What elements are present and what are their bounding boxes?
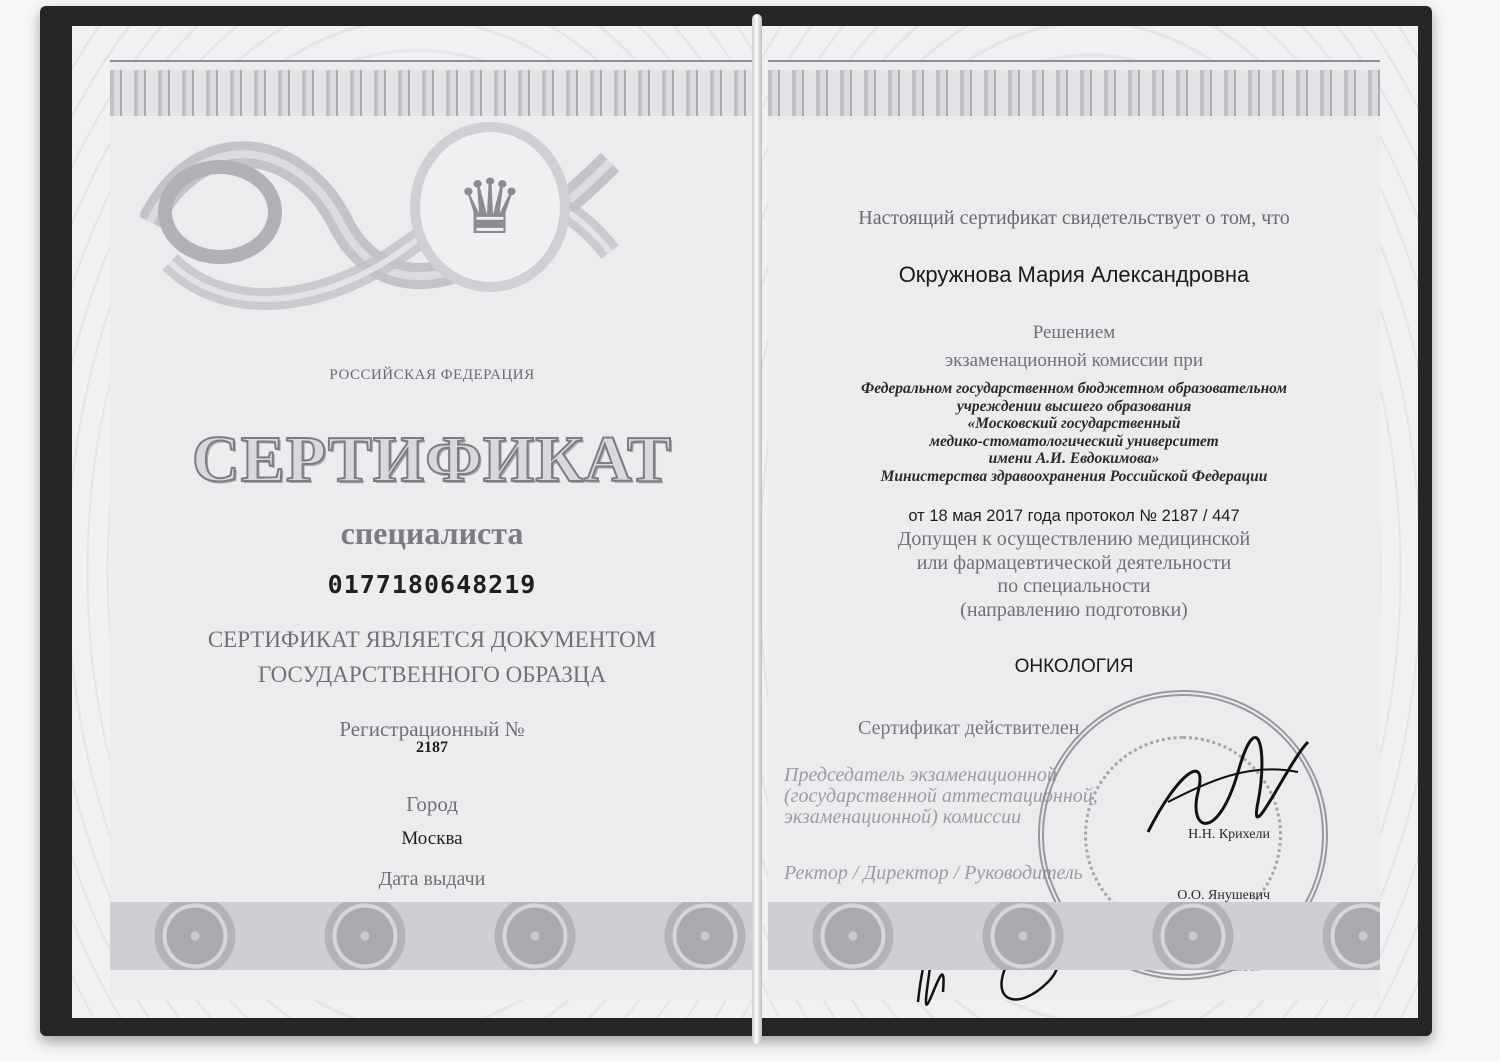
- guilloche-bottom-band: [768, 902, 1380, 970]
- institution-line: медико-стоматологический университет: [768, 433, 1380, 451]
- decision-line-1: Решением: [768, 322, 1380, 344]
- city-value: Москва: [110, 828, 754, 850]
- binding-cord: [752, 14, 762, 1044]
- institution-line: Министерства здравоохранения Российской …: [768, 468, 1380, 486]
- document-status-line-2: ГОСУДАРСТВЕННОГО ОБРАЗЦА: [110, 662, 754, 688]
- city-label: Город: [110, 792, 754, 817]
- admission-line: (направлению подготовки): [768, 599, 1380, 623]
- decision-line-2: экзаменационной комиссии при: [768, 350, 1380, 372]
- intro-text: Настоящий сертификат свидетельствует о т…: [768, 207, 1380, 230]
- right-page-inner: Настоящий сертификат свидетельствует о т…: [768, 60, 1380, 1000]
- guilloche-top-band: [768, 70, 1380, 116]
- issue-date-label: Дата выдачи: [110, 868, 754, 891]
- institution-line: имени А.И. Евдокимова»: [768, 450, 1380, 468]
- certificate-number: 0177180648219: [110, 570, 754, 599]
- holder-name: Окружнова Мария Александровна: [768, 262, 1380, 288]
- registration-number: 2187: [110, 739, 754, 757]
- admission-block: Допущен к осуществлению медицинской или …: [768, 528, 1380, 622]
- institution-line: Федеральном государственном бюджетном об…: [768, 380, 1380, 398]
- left-page: ♛ РОССИЙСКАЯ ФЕДЕРАЦИЯ СЕРТИФИКАТ специа…: [72, 26, 764, 1018]
- right-page: Настоящий сертификат свидетельствует о т…: [762, 26, 1418, 1018]
- rector-label: Ректор / Директор / Руководитель: [784, 862, 1083, 885]
- protocol-line: от 18 мая 2017 года протокол № 2187 / 44…: [768, 507, 1380, 526]
- institution-block: Федеральном государственном бюджетном об…: [768, 380, 1380, 485]
- left-page-inner: ♛ РОССИЙСКАЯ ФЕДЕРАЦИЯ СЕРТИФИКАТ специа…: [110, 60, 754, 1000]
- certificate-title: СЕРТИФИКАТ: [110, 422, 754, 498]
- admission-line: Допущен к осуществлению медицинской: [768, 528, 1380, 552]
- institution-line: «Московский государственный: [768, 415, 1380, 433]
- guilloche-bottom-band: [110, 902, 754, 970]
- specialty-value: ОНКОЛОГИЯ: [768, 656, 1380, 678]
- admission-line: по специальности: [768, 575, 1380, 599]
- document-status-line-1: СЕРТИФИКАТ ЯВЛЯЕТСЯ ДОКУМЕНТОМ: [110, 627, 754, 653]
- institution-line: учреждении высшего образования: [768, 398, 1380, 416]
- admission-line: или фармацевтической деятельности: [768, 552, 1380, 576]
- certificate-subtitle: специалиста: [110, 515, 754, 552]
- country-label: РОССИЙСКАЯ ФЕДЕРАЦИЯ: [110, 367, 754, 384]
- validity-label: Сертификат действителен: [858, 717, 1080, 740]
- chair-name: Н.Н. Крихели: [1188, 827, 1270, 843]
- emblem-icon: ♛: [410, 122, 570, 292]
